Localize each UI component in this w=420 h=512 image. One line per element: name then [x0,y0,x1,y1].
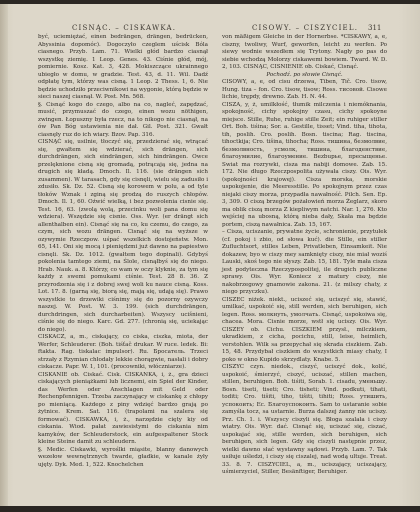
running-head-left: CISNĄC. – CISKAWKA. [72,24,176,32]
running-head-right: CISOWY. – CISZYCIEL. [252,24,358,32]
entry-paragraph: §. Medic. Ciskawki, wyroślki miąsite, bl… [38,447,208,470]
page-number: 311 [368,24,381,32]
entry-paragraph: – Cisza, uciszanie, prywatne życie, schr… [222,229,387,297]
derivation-note: Pochodź. po słowie Cisnąć. [222,72,387,80]
entry-paragraph: CISZEC niżek. niekt., uciszeć się, ucisz… [222,297,387,365]
entry-paragraph: CISKACZ, a, m., ciskający, co ciska, cis… [38,334,208,372]
entry-paragraph: CISKANIE ob. Ciskać. Cisk. CISKANKA, i, … [38,372,208,447]
entry-paragraph: §. Cisnąć kogo do czego, albo na co, nag… [38,102,208,140]
scan-bottom-edge [80,506,420,512]
entry-paragraph: CISZYC czyn. niedok., ciszyć, uciszyć do… [222,364,387,477]
entry-paragraph: CISOWY, a, e, od cisu drzewa, Tiben, Tič… [222,79,387,102]
left-column: być, uciemiężać, einen bedrängen, dränge… [38,34,208,469]
right-column: von mäßigem Gleiche in der Hornerbse. *C… [222,34,387,477]
entry-paragraph: CISNĄĆ się, usilnie, tłoczyć się, przedz… [38,139,208,334]
entry-paragraph: von mäßigem Gleiche in der Hornerbse. *C… [222,34,387,72]
entry-paragraph: CISZA, y, ż, umilkłość, tłumik milczenia… [222,102,387,230]
page-gutter [0,4,8,506]
entry-paragraph: być, uciemiężać, einen bedrängen, dränge… [38,34,208,102]
